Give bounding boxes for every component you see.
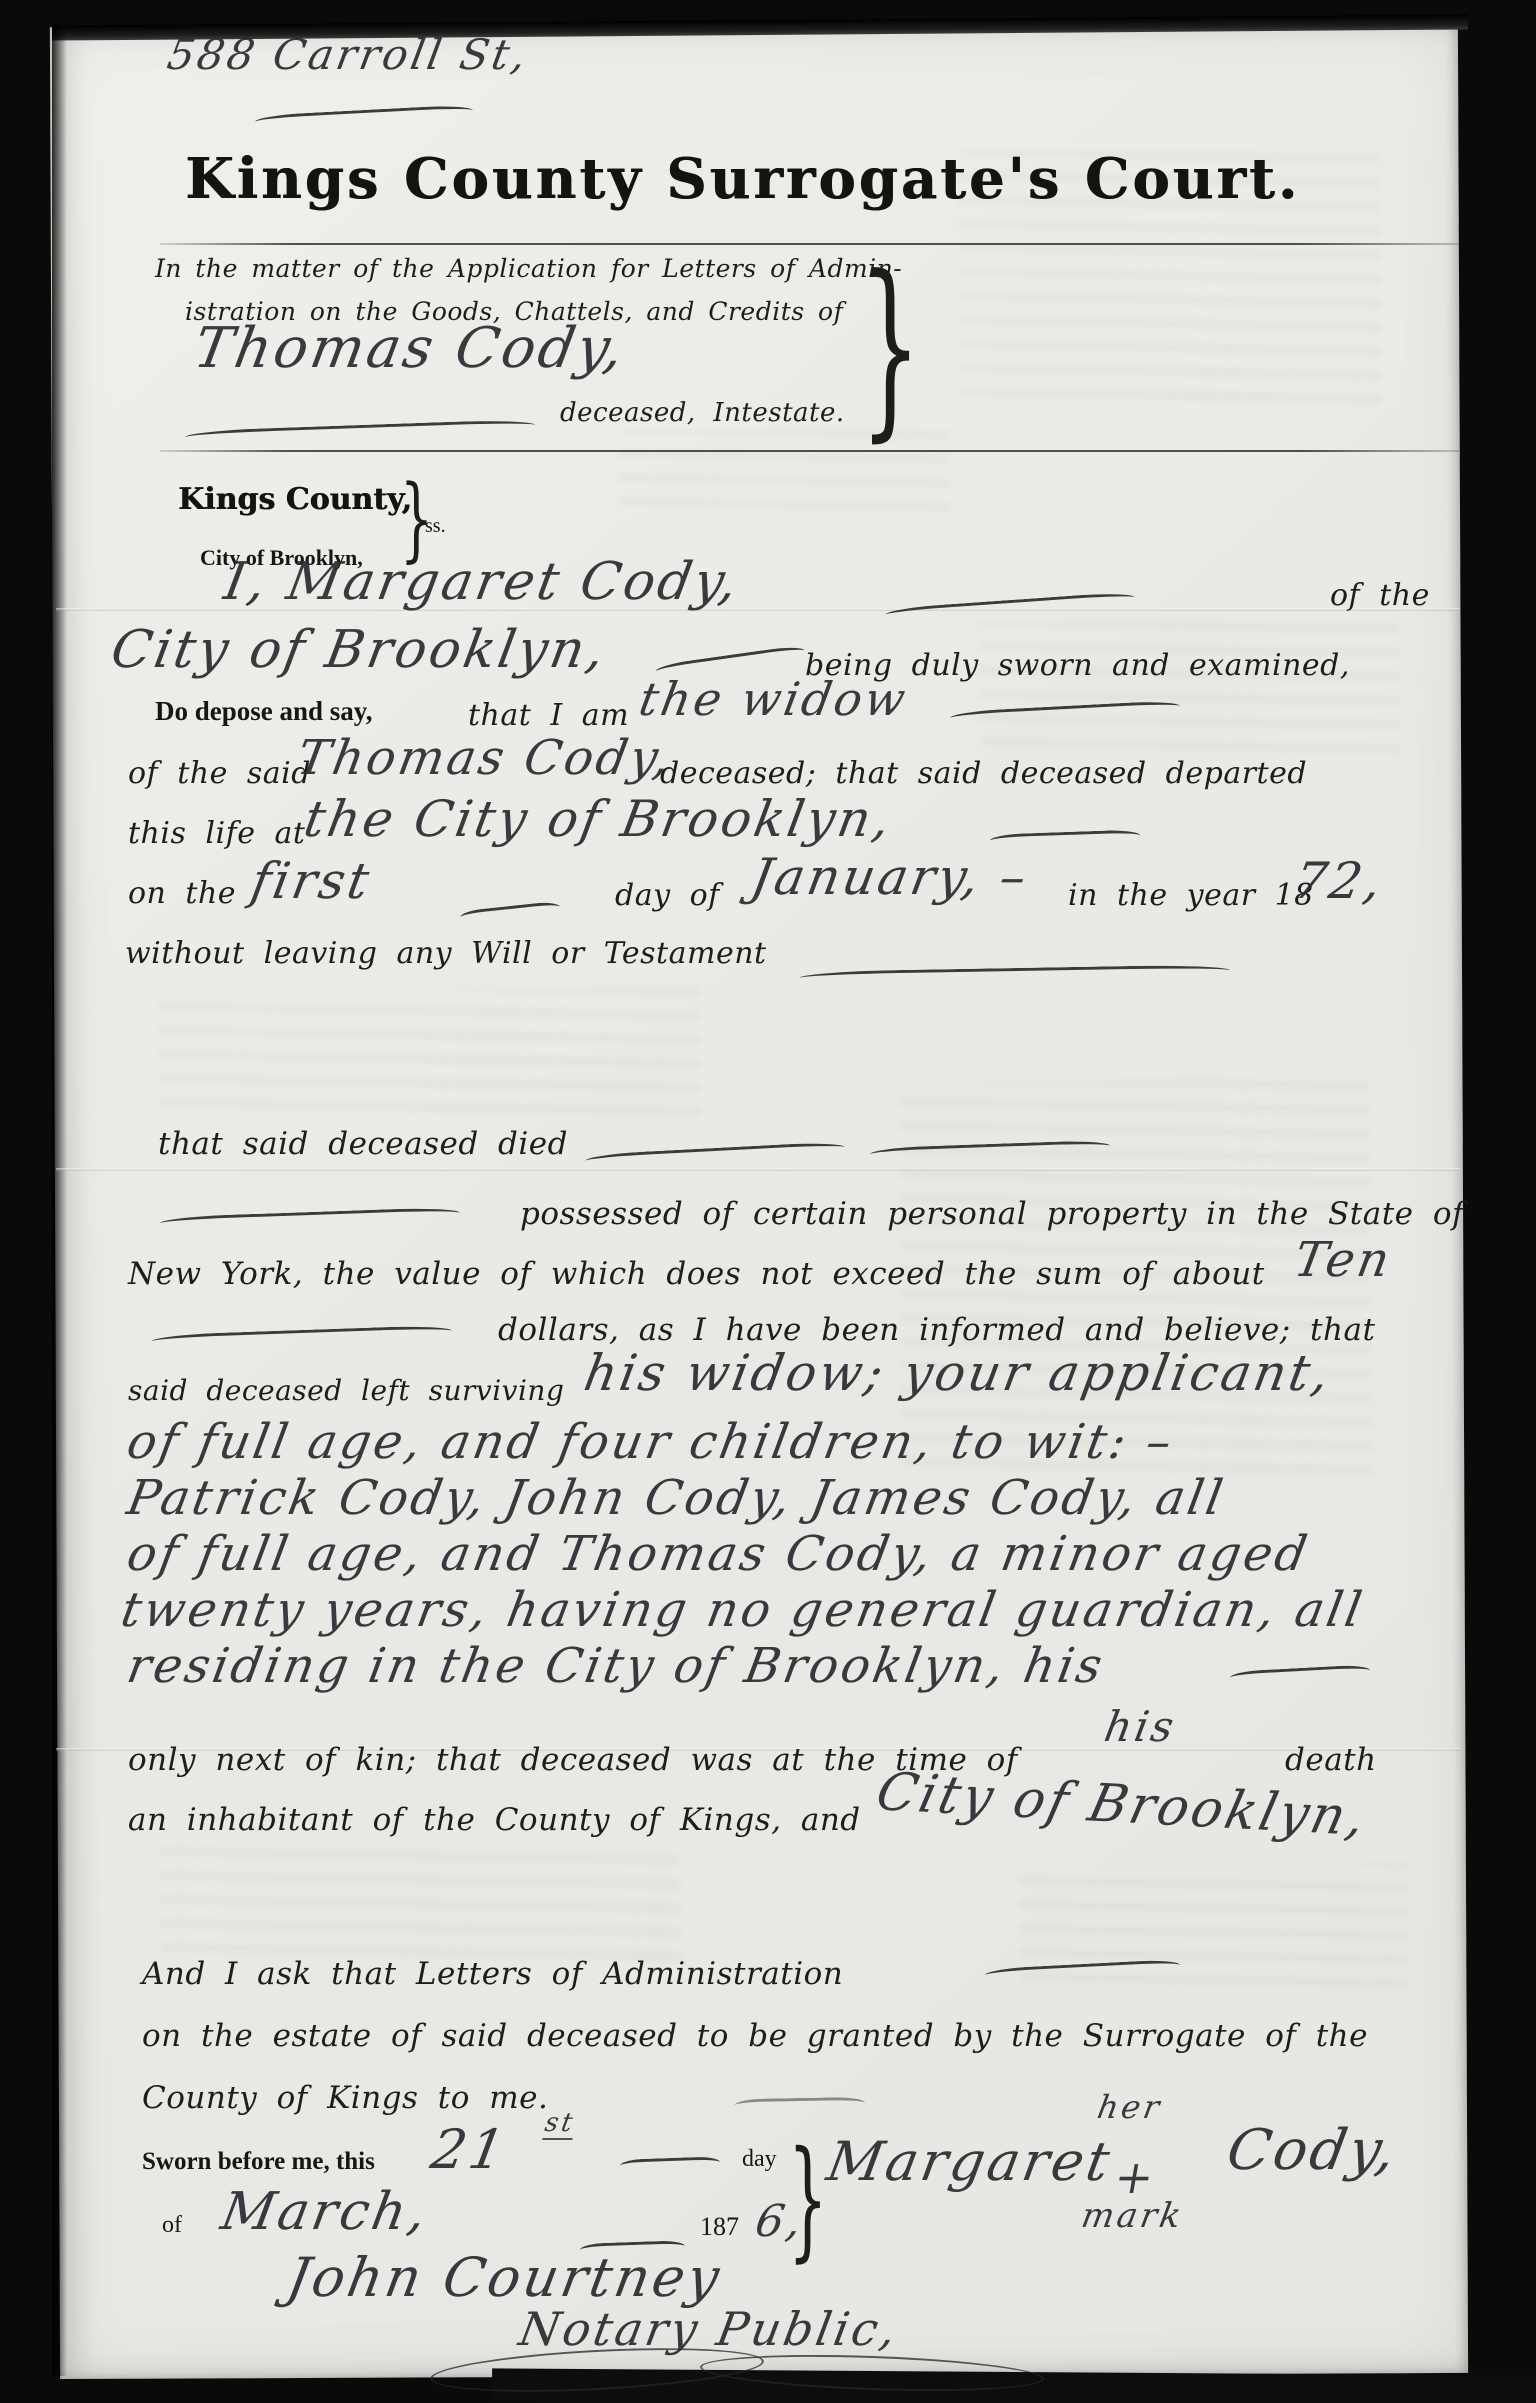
form-in-the-year: in the year 18 — [1068, 878, 1314, 913]
death-day-hand: first — [247, 852, 376, 910]
form-possessed: possessed of certain personal property i… — [520, 1196, 1464, 1232]
caption-line-1: In the matter of the Application for Let… — [155, 254, 902, 283]
form-do-depose: Do depose and say, — [155, 696, 373, 727]
death-place-hand: the City of Brooklyn, — [300, 790, 897, 848]
form-request-1: And I ask that Letters of Administration — [142, 1956, 843, 1992]
heirs-line-5: residing in the City of Brooklyn, his — [123, 1638, 1109, 1694]
jurat-sworn-before: Sworn before me, this — [142, 2148, 375, 2176]
deponent-name-hand: I, Margaret Cody, — [220, 552, 745, 612]
scan-left-edge — [52, 24, 67, 2376]
jurat-year-digit-hand: 6, — [752, 2196, 809, 2247]
form-surviving: said deceased left surviving — [128, 1374, 564, 1407]
form-day-of: day of — [615, 878, 720, 913]
venue-ss: ss. — [425, 515, 446, 538]
his-hand: his — [1101, 1702, 1181, 1751]
ink-bleedthrough — [979, 618, 1400, 762]
scanned-document: 588 Carroll St, Kings County Surrogate's… — [0, 0, 1536, 2403]
horizontal-rule — [160, 243, 1460, 245]
document-title: Kings County Surrogate's Court. — [185, 146, 1300, 212]
death-month-hand: January, – — [747, 848, 1034, 906]
horizontal-rule — [160, 450, 1463, 452]
form-died: that said deceased died — [158, 1126, 568, 1162]
decedent-name-caption: Thomas Cody, — [189, 316, 631, 381]
jurat-of-label: of — [162, 2212, 182, 2239]
decedent-name-hand: Thomas Cody, — [293, 730, 677, 786]
form-departed: deceased; that said deceased departed — [660, 756, 1307, 791]
address-annotation: 588 Carroll St, — [164, 30, 533, 79]
caption-brace: } — [860, 254, 921, 446]
signature-last-name: Cody, — [1222, 2118, 1403, 2183]
jurat-year-print: 187 — [700, 2212, 739, 2242]
signature-mark-word: mark — [1078, 2196, 1186, 2236]
form-of-the: of the — [1330, 578, 1430, 613]
jurat-day-label: day — [742, 2146, 777, 2173]
form-on-the: on the — [128, 876, 236, 911]
value-amount-hand: Ten — [1290, 1232, 1396, 1288]
jurat-day-ordinal: st — [542, 2108, 577, 2140]
form-request-3: County of Kings to me. — [142, 2080, 548, 2116]
form-of-the-said: of the said — [128, 756, 311, 791]
form-without-will: without leaving any Will or Testament — [125, 936, 767, 971]
form-that-i-am: that I am — [468, 698, 629, 733]
notary-signature: John Courtney — [282, 2246, 726, 2309]
surviving-hand: his widow; your applicant, — [580, 1344, 1337, 1402]
venue-county: Kings County, — [178, 482, 412, 517]
form-value-line: New York, the value of which does not ex… — [128, 1256, 1265, 1292]
form-dollars-line: dollars, as I have been informed and bel… — [498, 1312, 1375, 1348]
signature-first-name: Margaret — [822, 2130, 1117, 2193]
heirs-line-4: twenty years, having no general guardian… — [117, 1582, 1369, 1638]
heirs-line-3: of full age, and Thomas Cody, a minor ag… — [123, 1526, 1314, 1582]
jurat-month-hand: March, — [217, 2182, 434, 2242]
heirs-line-1: of full age, and four children, to wit: … — [123, 1414, 1179, 1470]
form-inhabitant: an inhabitant of the County of Kings, an… — [128, 1802, 861, 1838]
notary-title: Notary Public, — [515, 2302, 903, 2356]
ink-bleedthrough — [159, 988, 700, 1123]
deponent-residence-hand: City of Brooklyn, — [107, 620, 612, 680]
ink-bleedthrough — [159, 1843, 680, 1968]
caption-status: deceased, Intestate. — [560, 398, 845, 428]
form-this-life-at: this life at — [128, 816, 305, 851]
form-request-2: on the estate of said deceased to be gra… — [142, 2018, 1368, 2054]
relationship-hand: the widow — [635, 672, 912, 726]
heirs-line-2: Patrick Cody, John Cody, James Cody, all — [123, 1470, 1229, 1526]
jurat-day-number: 21 — [426, 2118, 512, 2181]
form-death-word: death — [1285, 1742, 1377, 1778]
signature-her: her — [1095, 2088, 1166, 2126]
death-year-hand: 72, — [1290, 852, 1389, 910]
ink-bleedthrough — [1019, 1863, 1410, 1996]
